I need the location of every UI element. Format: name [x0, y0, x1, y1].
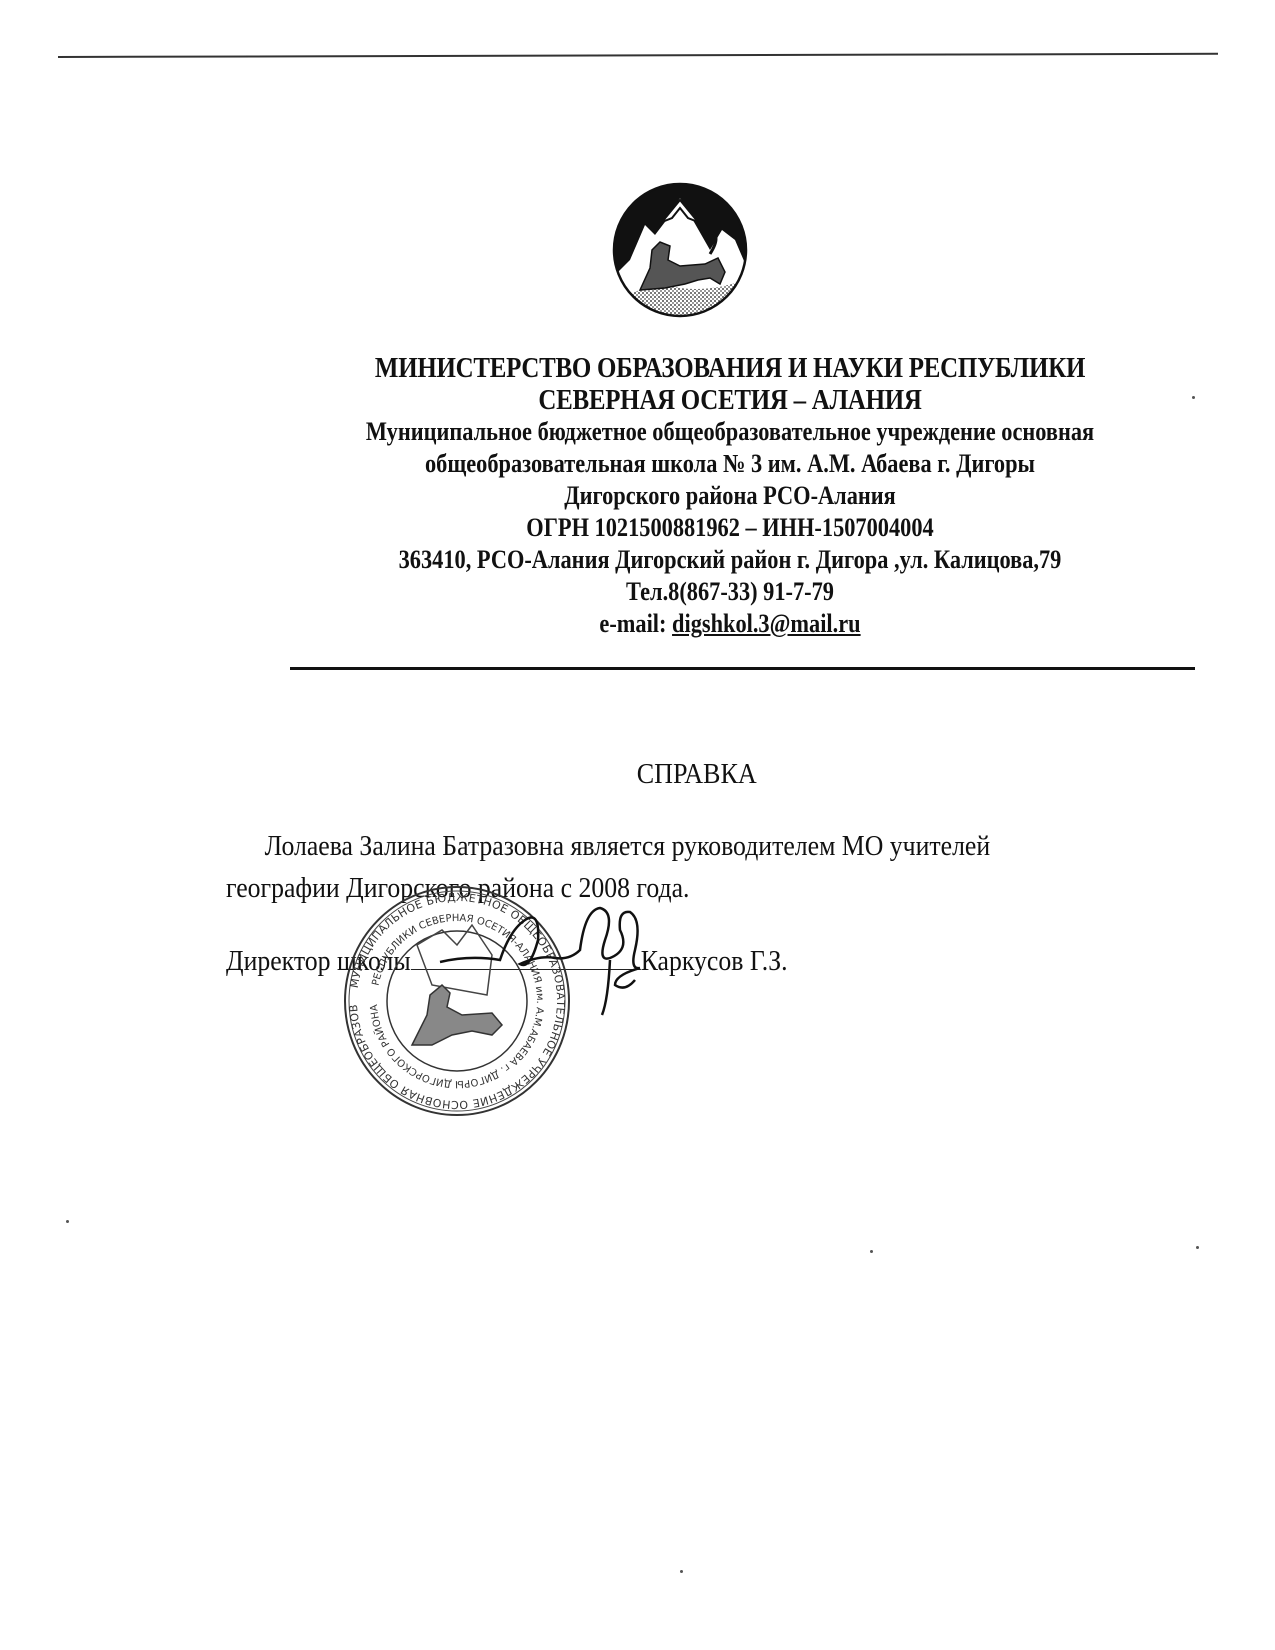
scan-speck	[1192, 396, 1195, 399]
scan-speck	[870, 1250, 873, 1253]
institution-line-3: Дигорского района РСО-Алания	[317, 480, 1143, 512]
email-row: e-mail: digshkol.3@mail.ru	[317, 608, 1143, 640]
coat-of-arms-icon	[610, 180, 750, 320]
ministry-line-1: МИНИСТЕРСТВО ОБРАЗОВАНИЯ И НАУКИ РЕСПУБЛ…	[317, 352, 1143, 384]
letterhead: МИНИСТЕРСТВО ОБРАЗОВАНИЯ И НАУКИ РЕСПУБЛ…	[317, 352, 1143, 640]
registry-numbers: ОГРН 1021500881962 – ИНН-1507004004	[317, 512, 1143, 544]
scan-speck	[680, 1570, 683, 1573]
phone-number: Тел.8(867-33) 91-7-79	[317, 576, 1143, 608]
scan-speck	[1196, 1246, 1199, 1249]
institution-line-1: Муниципальное бюджетное общеобразователь…	[317, 416, 1143, 448]
scan-speck	[66, 1220, 69, 1223]
institution-line-2: общеобразовательная школа № 3 им. А.М. А…	[317, 448, 1143, 480]
handwritten-signature	[430, 900, 670, 1020]
ministry-line-2: СЕВЕРНАЯ ОСЕТИЯ – АЛАНИЯ	[317, 384, 1143, 416]
scan-top-rule	[58, 53, 1218, 58]
letterhead-divider	[290, 667, 1195, 670]
document-title-text: СПРАВКА	[637, 758, 757, 790]
body-line-1: Лолаева Залина Батразовна является руков…	[265, 831, 991, 862]
email-link[interactable]: digshkol.3@mail.ru	[672, 609, 861, 638]
document-title: СПРАВКА	[69, 758, 1217, 791]
email-label: e-mail:	[599, 609, 672, 638]
postal-address: 363410, РСО-Алания Дигорский район г. Ди…	[317, 544, 1143, 576]
